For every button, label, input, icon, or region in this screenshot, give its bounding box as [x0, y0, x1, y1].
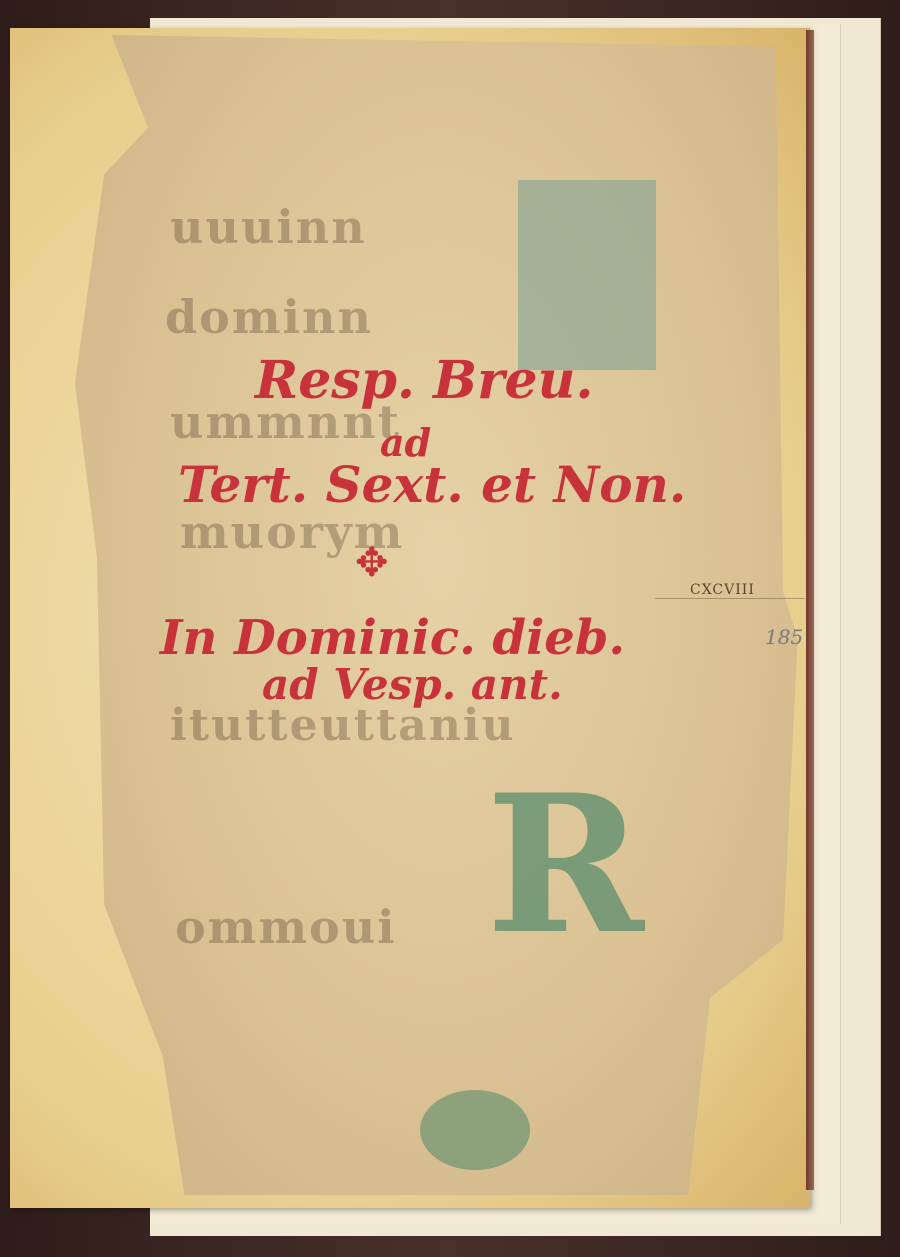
ghost-text: dominn	[165, 290, 373, 344]
green-initial-letter: R	[470, 770, 660, 960]
ghost-text: uuuinn	[170, 200, 367, 254]
rubric-line-4: In Dominic. dieb.	[160, 610, 625, 666]
rubric-line-5: ad Vesp. ant.	[262, 660, 563, 709]
leaf-edge-strip	[806, 30, 814, 1190]
green-stain	[420, 1090, 530, 1170]
ornament-icon: ✥	[355, 540, 389, 586]
ruling-line	[655, 598, 805, 599]
green-initial-box	[518, 180, 656, 370]
ghost-text: ommoui	[175, 900, 397, 954]
pencil-folio-note: 185	[765, 625, 803, 649]
foliation-number: CXCVIII	[690, 582, 755, 598]
rubric-line-1: Resp. Breu.	[255, 350, 593, 411]
rubric-line-3: Tert. Sext. et Non.	[178, 455, 686, 514]
